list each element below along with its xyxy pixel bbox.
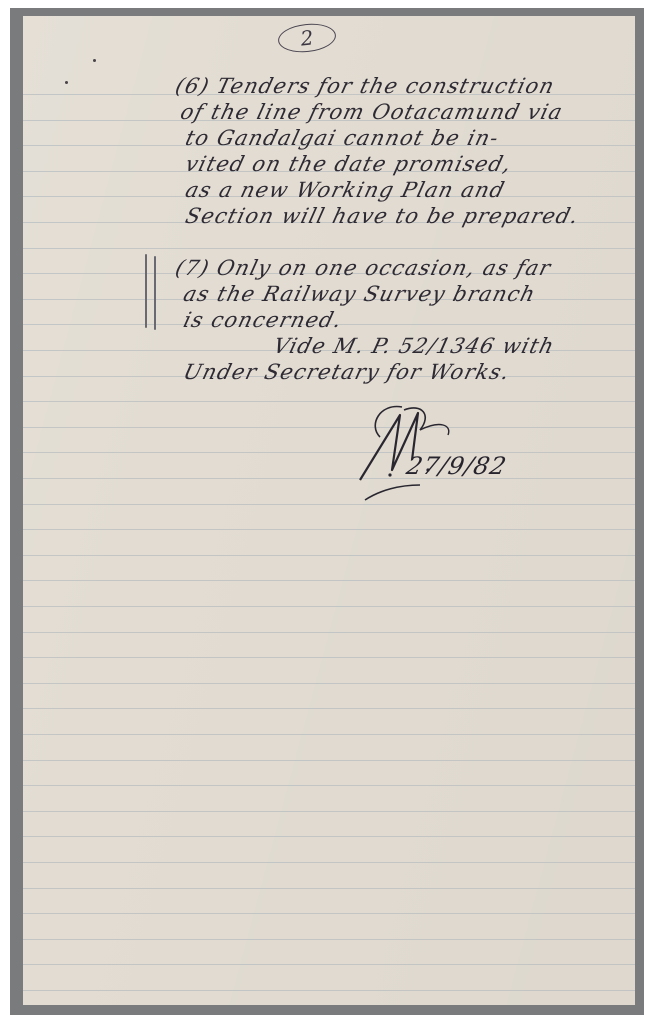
ruled-line <box>23 580 635 581</box>
ruled-line <box>23 785 635 786</box>
ruled-line <box>23 401 635 402</box>
page-number-text: 2 <box>299 25 314 50</box>
ruled-line <box>23 913 635 914</box>
ruled-line <box>23 606 635 607</box>
ruled-line <box>23 529 635 530</box>
ruled-line <box>23 939 635 940</box>
margin-mark-left <box>145 254 147 328</box>
ruled-line <box>23 964 635 965</box>
ruled-line <box>23 760 635 761</box>
ruled-line <box>23 632 635 633</box>
ruled-line <box>23 555 635 556</box>
ruled-line <box>23 657 635 658</box>
para7-line3: is concerned. <box>181 308 345 332</box>
para7-line1: (7) Only on one occasion, as far <box>173 256 554 280</box>
para7-line4: Vide M. P. 52/1346 with <box>271 334 557 358</box>
ruled-line <box>23 734 635 735</box>
ruled-line <box>23 427 635 428</box>
paper-speck <box>93 59 96 62</box>
ruled-line <box>23 478 635 479</box>
ruled-line <box>23 990 635 991</box>
signature-flourish-icon <box>340 385 540 505</box>
ruled-line <box>23 708 635 709</box>
ruled-line <box>23 811 635 812</box>
ruled-line <box>23 862 635 863</box>
ruled-line <box>23 836 635 837</box>
margin-mark-right <box>154 256 156 330</box>
ruled-line <box>23 452 635 453</box>
para6-line5: as a new Working Plan and <box>183 178 508 202</box>
para7-line5: Under Secretary for Works. <box>181 360 513 384</box>
para6-line1: (6) Tenders for the construction <box>173 74 557 98</box>
paper-speck <box>65 81 68 84</box>
para6-line3: to Gandalgai cannot be in- <box>183 126 502 150</box>
signature-date: 27/9/82 <box>404 452 509 480</box>
ruled-line <box>23 504 635 505</box>
ruled-line <box>23 683 635 684</box>
paper-page: 2 (6) Tenders for the construction of th… <box>23 16 635 1005</box>
para6-line4: vited on the date promised, <box>183 152 514 176</box>
para6-line2: of the line from Ootacamund via <box>178 100 566 124</box>
ruled-line <box>23 888 635 889</box>
page-number: 2 <box>277 21 338 55</box>
para7-line2: as the Railway Survey branch <box>181 282 538 306</box>
para6-line6: Section will have to be prepared. <box>183 204 582 228</box>
ruled-line <box>23 248 635 249</box>
